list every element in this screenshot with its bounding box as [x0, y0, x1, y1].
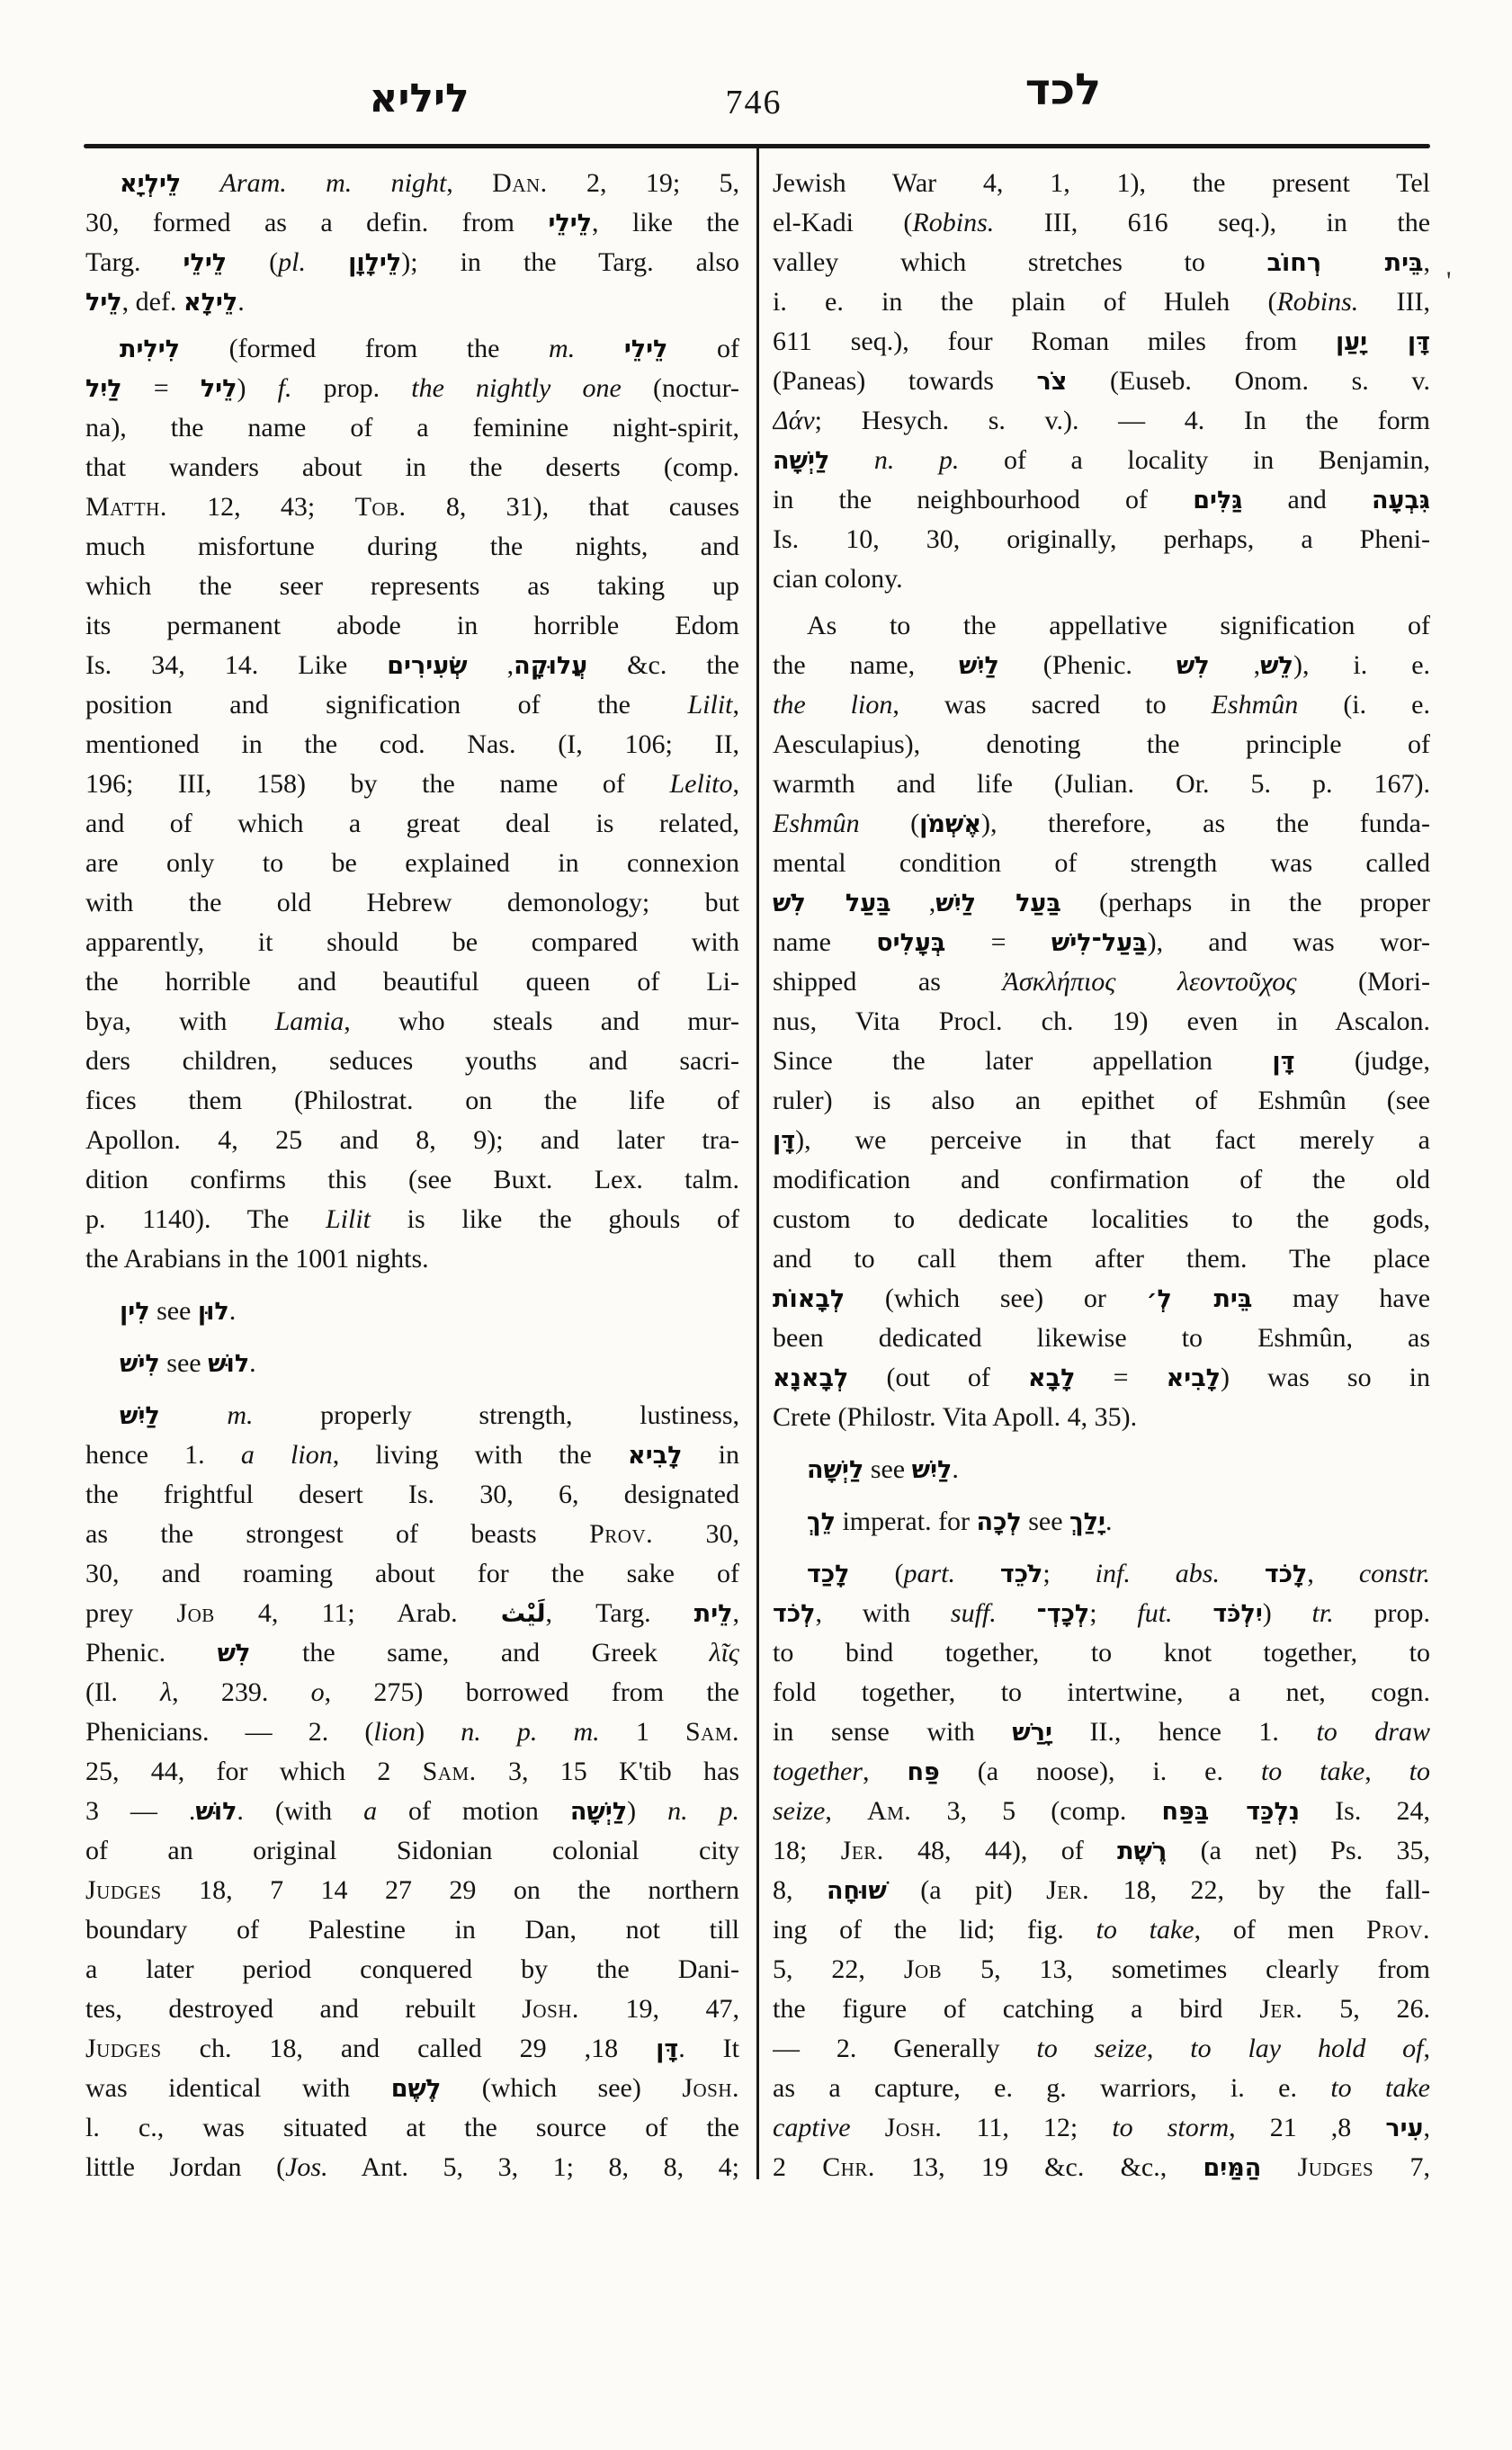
text-line: the lion, was sacred to Eshmûn (i. e. — [773, 685, 1430, 725]
text-line: לִישׁ see לוּשׁ. — [85, 1344, 739, 1383]
text-line: Jewish War 4, 1, 1), the present Tel — [773, 164, 1430, 203]
scanned-lexicon-page: { "header": { "left_catchword": "ליליא",… — [0, 0, 1512, 2450]
page-number: 746 — [726, 83, 783, 122]
text-line: custom to dedicate localities to the god… — [773, 1200, 1430, 1239]
entry-lelya: לֵילְיָא Aram. m. night, Dan. 2, 19; 5,3… — [85, 164, 739, 322]
text-line: לִין see לוּן. — [85, 1292, 739, 1331]
text-line: valley which stretches to בֵּית רְחוֹב, — [773, 243, 1430, 282]
text-line: that wanders about in the deserts (comp. — [85, 448, 739, 487]
column-divider-rule — [756, 148, 759, 2179]
text-line: p. 1140). The Lilit is like the ghouls o… — [85, 1200, 739, 1239]
text-line: captive Josh. 11, 12; to storm, עִיר 8, … — [773, 2108, 1430, 2148]
text-line: to bind together, to knot together, to — [773, 1633, 1430, 1673]
text-line: לָכַד (part. לֹכֵד; inf. abs. לָכֹד, con… — [773, 1554, 1430, 1594]
text-line: l. c., was situated at the source of the — [85, 2108, 739, 2148]
text-line: the Arabians in the 1001 nights. — [85, 1239, 739, 1279]
entry-lakhad: לָכַד (part. לֹכֵד; inf. abs. לָכֹד, con… — [773, 1554, 1430, 2187]
text-line: el-Kadi (Robins. III, 616 seq.), in the — [773, 203, 1430, 243]
text-line: are only to be explained in connexion — [85, 844, 739, 883]
text-line: As to the appellative signification of — [773, 606, 1430, 646]
text-line: boundary of Palestine in Dan, not till — [85, 1910, 739, 1950]
text-line: and to call them after them. The place — [773, 1239, 1430, 1279]
text-line: fices them (Philostrat. on the life of — [85, 1081, 739, 1121]
text-line: Phenic. לִשׁ the same, and Greek λῖς — [85, 1633, 739, 1673]
text-line: ruler) is also an epithet of Eshmûn (see — [773, 1081, 1430, 1121]
text-line: nus, Vita Procl. ch. 19) even in Ascalon… — [773, 1002, 1430, 1042]
text-line: ing of the lid; fig. to take, of men Pro… — [773, 1910, 1430, 1950]
text-line: in sense with יָרַשׁ II., hence 1. to dr… — [773, 1712, 1430, 1752]
text-line: Apollon. 4, 25 and 8, 9); and later tra- — [85, 1121, 739, 1160]
text-line: 196; III, 158) by the name of Lelito, — [85, 765, 739, 804]
text-line: its permanent abode in horrible Edom — [85, 606, 739, 646]
text-line: the horrible and beautiful queen of Li- — [85, 962, 739, 1002]
text-line: לַיְשָׁה see לַיִשׁ. — [773, 1450, 1430, 1489]
text-line: — 2. Generally to seize, to lay hold of, — [773, 2029, 1430, 2069]
text-line: Is. 34, 14. Like עֲלוּקָה, שְׂעִירִים &c… — [85, 646, 739, 685]
text-line: Crete (Philostr. Vita Apoll. 4, 35). — [773, 1398, 1430, 1437]
text-line: 2 Chr. 13, 19 &c. &c., הַמַּיִם Judges 7… — [773, 2148, 1430, 2187]
text-line: was identical with לֶשֶׁם (which see) Jo… — [85, 2069, 739, 2108]
scan-artifact: ' — [1446, 266, 1451, 297]
running-head-right-catchword: לכד — [1025, 65, 1101, 115]
text-line: לֵיל = לַיִל) f. prop. the nightly one (… — [85, 369, 739, 408]
text-line: with the old Hebrew demonology; but — [85, 883, 739, 923]
text-line: been dedicated likewise to Eshmûn, as — [773, 1319, 1430, 1358]
text-line: bya, with Lamia, who steals and mur- — [85, 1002, 739, 1042]
text-line: Is. 10, 30, originally, perhaps, a Pheni… — [773, 520, 1430, 559]
text-line: (Il. λ, 239. o, 275) borrowed from the — [85, 1673, 739, 1712]
text-column-left: לֵילְיָא Aram. m. night, Dan. 2, 19; 5,3… — [85, 164, 739, 2187]
text-line: לְכֹד, with suff. לְכָדְ־; fut. יִלְכֹּד… — [773, 1594, 1430, 1633]
paragraph-appellative-signification: As to the appellative signification ofth… — [773, 606, 1430, 1437]
text-line: Targ. לֵילֵי (pl. לֵילָוָן); in the Targ… — [85, 243, 739, 282]
text-line: as the strongest of beasts Prov. 30, — [85, 1515, 739, 1554]
text-line: much misfortune during the nights, and — [85, 527, 739, 567]
text-line: cian colony. — [773, 559, 1430, 599]
text-line: לוּשׁ. — 3. (with a of motion לַיְשָׁה) … — [85, 1792, 739, 1831]
text-line: fold together, to intertwine, a net, cog… — [773, 1673, 1430, 1712]
text-line: the frightful desert Is. 30, 6, designat… — [85, 1475, 739, 1515]
entry-lilit: לִילִית (formed from the m. לֵילֵי ofלֵי… — [85, 329, 739, 1279]
text-line: Since the later appellation דָּן (judge, — [773, 1042, 1430, 1081]
text-line: mentioned in the cod. Nas. (I, 106; II, — [85, 725, 739, 765]
text-line: דָּן), we perceive in that fact merely a — [773, 1121, 1430, 1160]
text-line: seize, Am. 3, 5 (comp. נִלְכַּד בַּפַּח … — [773, 1792, 1430, 1831]
text-line: which the seer represents as taking up — [85, 567, 739, 606]
text-line: Eshmûn (אֶשְׁמֹן), therefore, as the fun… — [773, 804, 1430, 844]
cross-ref-lish: לִישׁ see לוּשׁ. — [85, 1344, 739, 1383]
text-line: prey Job 4, 11; Arab. لَيْث, Targ. לֵית, — [85, 1594, 739, 1633]
text-line: לִילִית (formed from the m. לֵילֵי of — [85, 329, 739, 369]
text-line: 8, שׁוּחָה (a pit) Jer. 18, 22, by the f… — [773, 1871, 1430, 1910]
text-line: Phenicians. — 2. (lion) n. p. m. 1 Sam. — [85, 1712, 739, 1752]
text-line: little Jordan (Jos. Ant. 5, 3, 1; 8, 8, … — [85, 2148, 739, 2187]
text-line: the name, לַיִשׁ (Phenic. לֵשׁ, לִשׁ), i… — [773, 646, 1430, 685]
cross-ref-lin: לִין see לוּן. — [85, 1292, 739, 1331]
text-line: Aesculapius), denoting the principle of — [773, 725, 1430, 765]
entry-layish-continued: Jewish War 4, 1, 1), the present Telel-K… — [773, 164, 1430, 599]
text-line: לְבָאוֹת (which see) or בֵּית לְ׳ may ha… — [773, 1279, 1430, 1319]
text-line: na), the name of a feminine night-spirit… — [85, 408, 739, 448]
text-line: mental condition of strength was called — [773, 844, 1430, 883]
cross-ref-lekh: לֵךְ imperat. for לְכָה see יָלַךְ. — [773, 1502, 1430, 1542]
text-line: Judges ch. 18, and called דָּן 18, 29. I… — [85, 2029, 739, 2069]
text-line: shipped as Ἀσκλήπιος λεοντοῦχος (Mori- — [773, 962, 1430, 1002]
text-line: apparently, it should be compared with — [85, 923, 739, 962]
text-line: 18; Jer. 48, 44), of רֶשֶׁת (a net) Ps. … — [773, 1831, 1430, 1871]
text-line: i. e. in the plain of Huleh (Robins. III… — [773, 282, 1430, 322]
text-line: position and signification of the Lilit, — [85, 685, 739, 725]
text-line: לַיְשָׁה n. p. of a locality in Benjamin… — [773, 441, 1430, 480]
text-line: 30, and roaming about for the sake of — [85, 1554, 739, 1594]
text-line: as a capture, e. g. warriors, i. e. to t… — [773, 2069, 1430, 2108]
text-line: and of which a great deal is related, — [85, 804, 739, 844]
text-line: 25, 44, for which 2 Sam. 3, 15 K'tib has — [85, 1752, 739, 1792]
text-line: of an original Sidonian colonial city — [85, 1831, 739, 1871]
text-line: לַיִשׁ m. properly strength, lustiness, — [85, 1396, 739, 1435]
text-line: dition confirms this (see Buxt. Lex. tal… — [85, 1160, 739, 1200]
text-line: לְבָאנָא (out of לָבִיא = לָבָא) was so … — [773, 1358, 1430, 1398]
text-line: in the neighbourhood of גַּלִּים and גִּ… — [773, 480, 1430, 520]
text-line: 30, formed as a defin. from לֵילֵי, like… — [85, 203, 739, 243]
text-line: 5, 22, Job 5, 13, sometimes clearly from — [773, 1950, 1430, 1990]
text-line: לֵיל, def. לֵילָא. — [85, 282, 739, 322]
text-line: (Paneas) towards צֹר (Euseb. Onom. s. v. — [773, 362, 1430, 401]
text-line: the figure of catching a bird Jer. 5, 26… — [773, 1990, 1430, 2029]
text-line: tes, destroyed and rebuilt Josh. 19, 47, — [85, 1990, 739, 2029]
running-head-left-catchword: ליליא — [369, 76, 469, 121]
text-line: 611 seq.), four Roman miles from דָּן יָ… — [773, 322, 1430, 362]
text-line: ders children, seduces youths and sacri- — [85, 1042, 739, 1081]
cross-ref-layshah: לַיְשָׁה see לַיִשׁ. — [773, 1450, 1430, 1489]
text-line: modification and confirmation of the old — [773, 1160, 1430, 1200]
entry-layish: לַיִשׁ m. properly strength, lustiness,h… — [85, 1396, 739, 2187]
text-line: hence 1. a lion, living with the לָבִיא … — [85, 1435, 739, 1475]
text-line: warmth and life (Julian. Or. 5. p. 167). — [773, 765, 1430, 804]
text-line: לֵךְ imperat. for לְכָה see יָלַךְ. — [773, 1502, 1430, 1542]
text-line: name בַּעַל־לִישׁ = בְּעָלִיס), and was … — [773, 923, 1430, 962]
text-line: Δάν; Hesych. s. v.). — 4. In the form — [773, 401, 1430, 441]
text-line: Matth. 12, 43; Tob. 8, 31), that causes — [85, 487, 739, 527]
text-line: לֵילְיָא Aram. m. night, Dan. 2, 19; 5, — [85, 164, 739, 203]
text-column-right: Jewish War 4, 1, 1), the present Telel-K… — [773, 164, 1430, 2187]
text-line: a later period conquered by the Dani- — [85, 1950, 739, 1990]
text-line: Judges 18, 7 14 27 29 on the northern — [85, 1871, 739, 1910]
text-line: בַּעַל לַיִשׁ, בַּעַל לִשׁ (perhaps in t… — [773, 883, 1430, 923]
text-line: together, פַּח (a noose), i. e. to take,… — [773, 1752, 1430, 1792]
